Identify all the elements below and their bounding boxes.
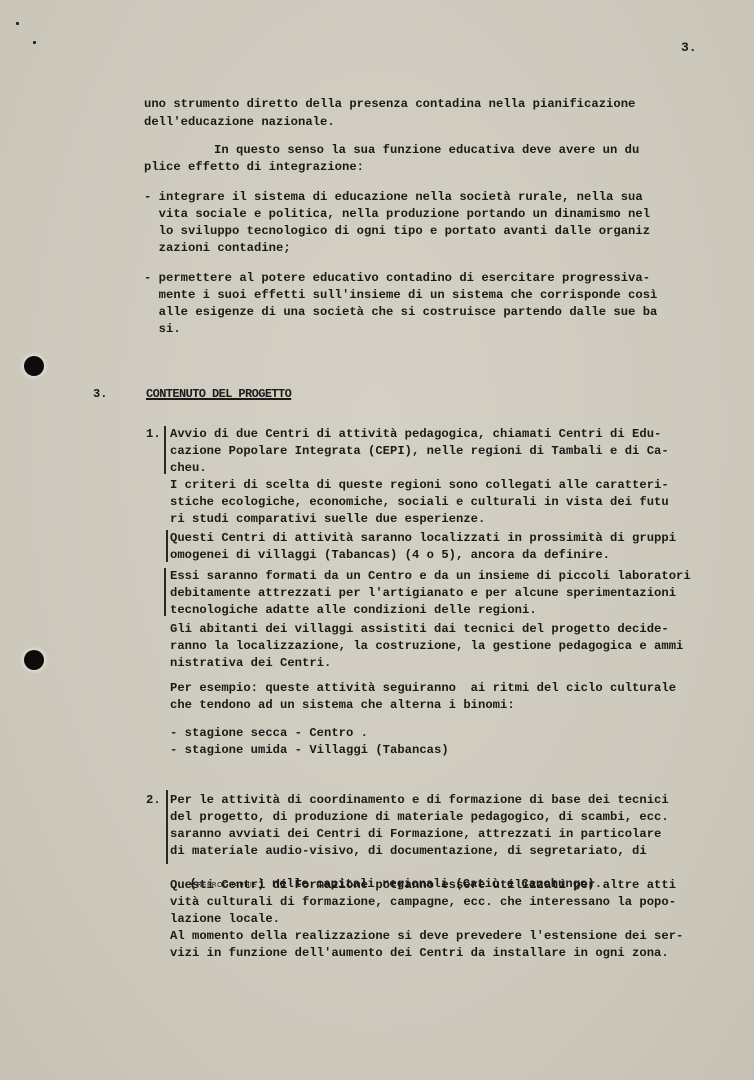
item-1-subitem: - stagione secca - Centro . — [170, 725, 368, 741]
bullet-2-line: - permettere al potere educativo contadi… — [144, 270, 650, 286]
item-2-line: Al momento della realizzazione si deve p… — [170, 928, 683, 944]
item-1-line: Questi Centri di attività saranno locali… — [170, 530, 676, 546]
bullet-1-line: - integrare il sistema di educazione nel… — [144, 189, 643, 205]
punch-hole-bottom — [24, 650, 44, 670]
item-1-line: Essi saranno formati da un Centro e da u… — [170, 568, 691, 584]
intro-paragraph-line: In questo senso la sua funzione educativ… — [214, 142, 639, 158]
punch-hole-top — [24, 356, 44, 376]
item-1-line: che tendono ad un sistema che alterna i … — [170, 697, 515, 713]
bullet-2-line: alle esigenze di una società che si cost… — [144, 304, 657, 320]
item-2-line: vizi in funzione dell'aumento dei Centri… — [170, 945, 669, 961]
item-1-subitem: - stagione umida - Villaggi (Tabancas) — [170, 742, 449, 758]
margin-annotation-bar — [164, 568, 166, 616]
item-1-line: I criteri di scelta di queste regioni so… — [170, 477, 669, 493]
intro-line: dell'educazione nazionale. — [144, 114, 335, 130]
item-1-line: nistrativa dei Centri. — [170, 655, 331, 671]
item-2-line: saranno avviati dei Centri di Formazione… — [170, 826, 661, 842]
margin-annotation-bar — [164, 426, 166, 474]
item-1-line: omogenei di villaggi (Tabancas) (4 o 5),… — [170, 547, 610, 563]
item-1-line: debitamente attrezzati per l'artigianato… — [170, 585, 676, 601]
bullet-1-line: zazioni contadine; — [144, 240, 291, 256]
item-1-line: stiche ecologiche, economiche, sociali e… — [170, 494, 669, 510]
item-2-line: di materiale audio-visivo, di documentaz… — [170, 843, 647, 859]
item-2-line: vità culturali di formazione, campagne, … — [170, 894, 676, 910]
item-2-line: del progetto, di produzione di materiale… — [170, 809, 669, 825]
item-1-line: Per esempio: queste attività seguiranno … — [170, 680, 676, 696]
item-1-line: tecnologiche adatte alle condizioni dell… — [170, 602, 537, 618]
item-2-line: Questi Centri di Formazione potranno ess… — [170, 877, 676, 893]
bullet-1-line: vita sociale e politica, nella produzion… — [144, 206, 650, 222]
bullet-1-line: lo sviluppo tecnologico di ogni tipo e p… — [144, 223, 650, 239]
margin-annotation-bar — [166, 790, 168, 864]
item-2-line: Per le attività di coordinamento e di fo… — [170, 792, 669, 808]
item-1-line: cazione Popolare Integrata (CEPI), nelle… — [170, 443, 669, 459]
item-1-line: Avvio di due Centri di attività pedagogi… — [170, 426, 661, 442]
intro-line: uno strumento diretto della presenza con… — [144, 96, 635, 112]
item-1-line: cheu. — [170, 460, 207, 476]
ink-speck — [16, 22, 19, 25]
page-number: 3. — [681, 40, 697, 55]
bullet-2-line: si. — [144, 321, 181, 337]
item-1-number: 1. — [146, 426, 161, 442]
section-number: 3. — [93, 387, 107, 401]
item-2-number: 2. — [146, 792, 161, 808]
item-1-line: ranno la localizzazione, la costruzione,… — [170, 638, 683, 654]
section-title: CONTENUTO DEL PROGETTO — [146, 387, 291, 401]
item-1-line: ri studi comparativi suelle due esperien… — [170, 511, 485, 527]
margin-annotation-bar — [166, 530, 168, 562]
intro-paragraph-line: plice effetto di integrazione: — [144, 159, 364, 175]
bullet-2-line: mente i suoi effetti sull'insieme di un … — [144, 287, 657, 303]
item-1-line: Gli abitanti dei villaggi assistiti dai … — [170, 621, 669, 637]
document-page: 3. uno strumento diretto della presenza … — [0, 0, 754, 1080]
item-2-line: lazione locale. — [170, 911, 280, 927]
ink-speck — [33, 41, 36, 44]
